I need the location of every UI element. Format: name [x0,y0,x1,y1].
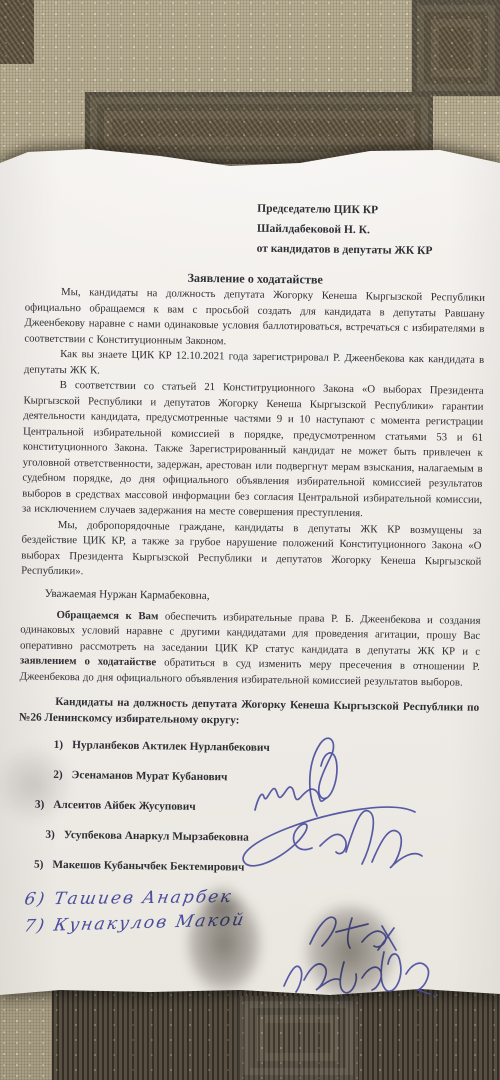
paper-sheet: Председателю ЦИК КР Шайлдабековой Н. К. … [0,0,500,1080]
photo-scene: Председателю ЦИК КР Шайлдабековой Н. К. … [0,0,500,1080]
paper-surface: Председателю ЦИК КР Шайлдабековой Н. К. … [0,0,500,1080]
candidate-row: 1)Нурланбеков Актилек Нурланбекович [54,737,479,759]
handwritten-number: 7) [22,916,47,937]
candidate-name: Алсеитов Айбек Жусупович [53,799,196,813]
candidate-number: 3) [45,829,55,841]
appeal-bold-opening: Обращаемся к Вам [56,608,158,621]
recipient-line: от кандидатов в депутаты ЖК КР [257,239,484,262]
candidate-row: 2)Эсенаманов Мурат Кубанович [53,767,478,789]
candidate-name: Усупбекова Анаркул Мырзабековна [64,829,249,844]
handwritten-name: Кунакулов Макой [52,910,247,936]
candidates-list: 1)Нурланбеков Актилек Нурланбекович 2)Эс… [17,736,479,878]
body-paragraph: Мы, добропорядочные граждане, кандидаты … [21,517,482,585]
body-paragraph: В соответствии со статьей 21 Конститруци… [22,377,484,523]
candidate-name: Макешов Кубанычбек Бектемирович [52,859,244,874]
candidates-heading: Кандидаты на должность депутата Жогорку … [19,693,479,731]
candidate-row: 3)Усупбекова Анаркул Мырзабековна [45,827,477,849]
appeal-paragraph: Обращаемся к Вам обеспечить избирательны… [20,607,481,691]
candidate-name: Нурланбеков Актилек Нурланбекович [72,739,270,754]
handwritten-name: Ташиев Анарбек [53,887,235,909]
candidate-number: 3) [35,799,45,811]
petition-document: Председателю ЦИК КР Шайлдабековой Н. К. … [16,149,487,946]
candidate-name: Эсенаманов Мурат Кубанович [72,769,228,783]
candidate-number: 5) [34,859,44,871]
handwritten-number: 6) [23,889,48,909]
appeal-bold-request: заявлением о ходатайстве [20,654,157,668]
body-paragraph: Мы, кандидаты на должность депутата Жого… [24,284,485,352]
salutation-line: Уважаемая Нуржан Кармабековна, [21,587,481,605]
candidate-row: 3)Алсеитов Айбек Жусупович [35,797,478,819]
recipient-block: Председателю ЦИК КР Шайлдабековой Н. К. … [257,199,485,262]
candidate-number: 2) [53,769,63,781]
candidate-number: 1) [54,739,64,751]
candidate-row: 5)Макешов Кубанычбек Бектемирович [34,857,477,879]
